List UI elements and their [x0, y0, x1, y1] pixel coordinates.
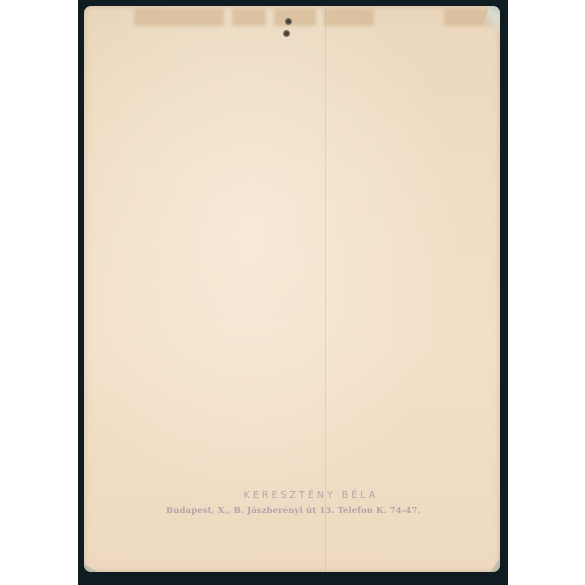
pin-hole [285, 18, 292, 25]
photographer-address: Budapest, X., B. Jászberényi út 13. Tele… [166, 506, 416, 516]
worn-corner [490, 558, 500, 572]
photo-card-back [84, 6, 500, 572]
residue-stain [324, 9, 374, 26]
residue-stain [134, 9, 224, 26]
residue-stain [274, 9, 316, 26]
photographer-stamp: KERESZTÉNY BÉLA Budapest, X., B. Jászber… [166, 490, 416, 516]
pin-hole [283, 30, 290, 37]
center-crease [325, 6, 326, 572]
adhesive-residue-strip [84, 6, 500, 28]
photographer-name: KERESZTÉNY BÉLA [206, 490, 416, 501]
worn-corner [84, 564, 98, 572]
residue-stain [232, 9, 266, 26]
